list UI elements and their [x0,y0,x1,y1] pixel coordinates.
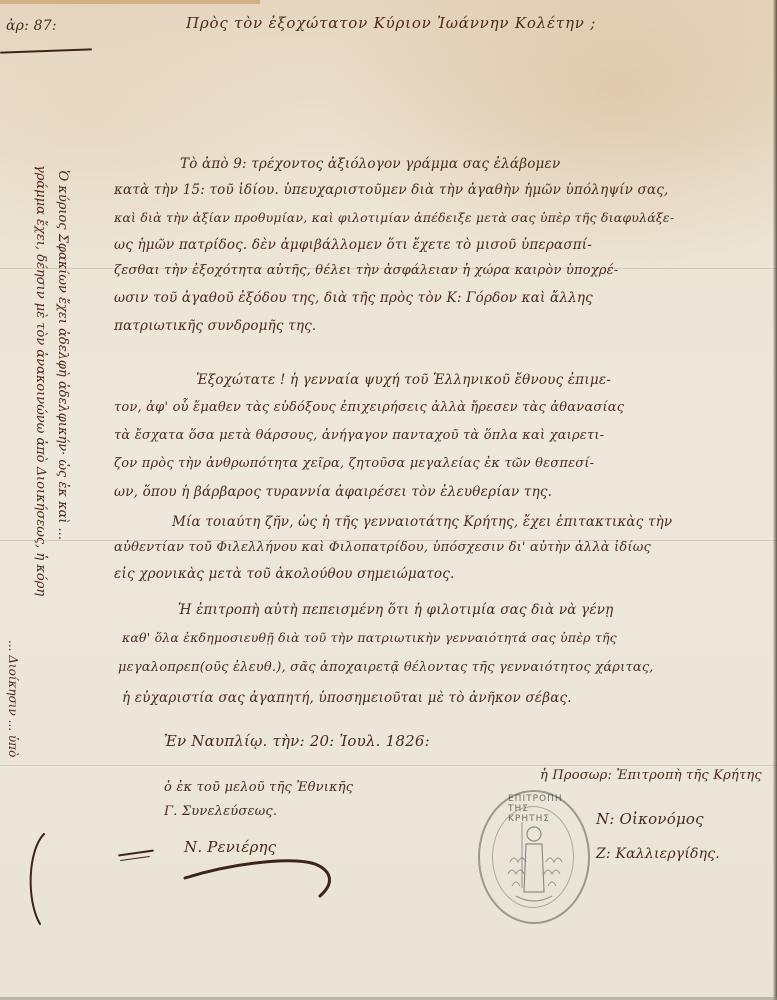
body-line: αὐθεντίαν τοῦ Φιλελλήνου καὶ Φιλοπατρίδο… [114,540,651,555]
body-line: Τὸ ἀπὸ 9: τρέχοντος ἀξιόλογον γράμμα σας… [180,156,560,172]
page-edge [773,0,777,1000]
signature-name: Ν: Οἰκονόμος [596,810,704,828]
body-line: πατριωτικῆς συνδρομῆς της. [114,318,316,334]
body-line: εἰς χρονικὰς μετὰ τοῦ ἀκολούθου σημειώμα… [114,566,454,582]
seal-figure-icon [480,792,588,922]
committee-title: ἡ Προσωρ: Ἐπιτροπὴ τῆς Κρήτης [540,768,762,783]
seal-stamp: ΕΠΙΤΡΟΠΗ ΤΗΣ ΚΡΗΤΗΣ [478,790,590,924]
body-line: καθ' ὅλα ἐκδημοσιευθῇ διὰ τοῦ τὴν πατριω… [122,630,617,645]
stain [0,0,260,4]
body-line: τον, ἀφ' οὗ ἔμαθεν τὰς εὐδόξους ἐπιχειρή… [114,400,624,415]
address-line: Πρὸς τὸν ἐξοχώτατον Κύριον Ἰωάννην Κολέτ… [186,14,596,32]
margin-note: Ὁ κύριος Σφακίων ἔχει ἀδελφὴ ἀδελφικήν· … [55,170,70,540]
margin-flourish [18,830,48,930]
body-line: ωσιν τοῦ ἀγαθοῦ ἐξόδου της, διὰ τῆς πρὸς… [114,290,593,306]
body-line: Ἡ ἐπιτροπὴ αὐτὴ πεπεισμένη ὅτι ἡ φιλοτιμ… [178,602,613,618]
place-date: Ἐν Ναυπλίῳ. τὴν: 20: Ἰουλ. 1826: [164,732,430,750]
body-line: καὶ διὰ τὴν ἀξίαν προθυμίαν, καὶ φιλοτιμ… [114,210,674,225]
body-line: Μία τοιαύτη ζῆν, ὡς ἡ τῆς γενναιοτάτης Κ… [172,514,672,530]
margin-note: γράμμα ἔχει, δέησιν μὲ τὸν ἀνακοινώνω ἀπ… [33,165,48,596]
body-line: ζον πρὸς τὴν ἀνθρωπότητα χεῖρα, ζητοῦσα … [114,456,594,471]
body-line: ως ἡμῶν πατρίδος. δὲν ἀμφιβάλλομεν ὅτι ἔ… [114,237,592,253]
body-line: μεγαλοπρεπ(οῦς ἐλευθ.), σᾶς ἀποχαιρετᾷ θ… [118,660,654,675]
body-line: ἡ εὐχαριστία σας ἀγαπητή, ὑποσημειοῦται … [122,690,572,706]
body-line: τὰ ἔσχατα ὅσα μετὰ θάρσους, ἀνήγαγον παν… [114,428,604,443]
signature-flourish [180,850,340,900]
fold-line [0,765,777,766]
signatory-title: ὁ ἐκ τοῦ μελοῦ τῆς Ἐθνικῆς [164,780,353,795]
margin-note: ... Διοίκησιν ... ὑπὸ [6,640,20,757]
body-line: κατὰ τὴν 15: τοῦ ἰδίου. ὑπευχαριστοῦμεν … [114,182,669,198]
reference-number: ἀρ: 87: [6,18,57,34]
signatory-title: Γ. Συνελεύσεως. [164,804,277,819]
body-line: Ἐξοχώτατε ! ἡ γενναία ψυχή τοῦ Ἑλληνικοῦ… [196,372,611,388]
signature-name: Ζ: Καλλιεργίδης. [596,846,720,862]
body-line: ων, ὅπου ἡ βάρβαρος τυραννία ἀφαιρέσει τ… [114,484,552,500]
body-line: ζεσθαι τὴν ἐξοχότητα αὐτῆς, θέλει τὴν ἀσ… [114,263,618,278]
